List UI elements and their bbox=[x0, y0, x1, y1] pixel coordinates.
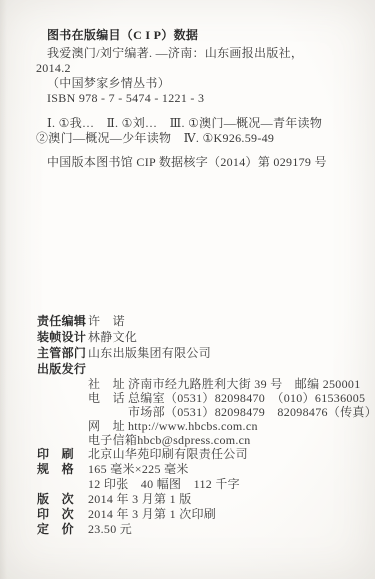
row-value: 12 印张 40 幅图 112 千字 bbox=[88, 477, 240, 492]
cip-year-line: 2014.2 bbox=[0, 61, 375, 76]
row-value: 23.50 元 bbox=[88, 522, 132, 537]
cip-record-number-line: 中国版本图书馆 CIP 数据核字（2014）第 029179 号 bbox=[0, 155, 375, 170]
row-value: hbcb@sdpress.com.cn bbox=[137, 433, 250, 447]
cip-isbn-line: ISBN 978 - 7 - 5474 - 1221 - 3 bbox=[0, 91, 375, 106]
cip-section: 图书在版编目（C I P）数据 我爱澳门/刘宁编著. —济南：山东画报出版社， … bbox=[0, 0, 375, 170]
row-label: 电 话 bbox=[88, 391, 128, 405]
row-value: 济南市经九路胜利大街 39 号 邮编 250001 bbox=[128, 377, 361, 391]
printing-info-section: 印 刷 北京山华苑印刷有限责任公司 规 格 165 毫米×225 毫米 12 印… bbox=[0, 447, 375, 537]
row-label: 电子信箱 bbox=[88, 433, 137, 447]
pub-row-website: 网 址 http://www.hbcbs.com.cn bbox=[0, 419, 375, 433]
cip-heading: 图书在版编目（C I P）数据 bbox=[0, 28, 375, 43]
row-value: 165 毫米×225 毫米 bbox=[88, 462, 189, 477]
row-label: 网 址 bbox=[88, 419, 128, 433]
print-row-printer: 印 刷 北京山华苑印刷有限责任公司 bbox=[0, 447, 375, 462]
row-label: 社 址 bbox=[88, 377, 128, 391]
pub-row-phone-1: 电 话 总编室（0531）82098470 （010）61536005 bbox=[0, 391, 375, 405]
pub-row-address: 社 址 济南市经九路胜利大街 39 号 邮编 250001 bbox=[0, 377, 375, 391]
pub-row-email: 电子信箱 hbcb@sdpress.com.cn bbox=[0, 433, 375, 447]
book-copyright-page: 图书在版编目（C I P）数据 我爱澳门/刘宁编著. —济南：山东画报出版社， … bbox=[0, 0, 375, 579]
row-value: http://www.hbcbs.com.cn bbox=[128, 419, 258, 433]
row-value: 2014 年 3 月第 1 次印刷 bbox=[88, 507, 216, 522]
row-value: 山东出版集团有限公司 bbox=[88, 345, 211, 361]
row-value: 许 诺 bbox=[88, 313, 125, 329]
row-label: 印 刷 bbox=[37, 447, 85, 462]
row-label: 规 格 bbox=[37, 462, 85, 477]
cip-title-line: 我爱澳门/刘宁编著. —济南：山东画报出版社， bbox=[0, 46, 375, 61]
staff-row-supervisor: 主管部门 山东出版集团有限公司 bbox=[0, 345, 375, 361]
print-row-sheets: 12 印张 40 幅图 112 千字 bbox=[0, 477, 375, 492]
publisher-contact-section: 社 址 济南市经九路胜利大街 39 号 邮编 250001 电 话 总编室（05… bbox=[0, 377, 375, 447]
row-label: 印 次 bbox=[37, 507, 85, 522]
print-row-edition: 版 次 2014 年 3 月第 1 版 bbox=[0, 492, 375, 507]
staff-row-editor: 责任编辑 许 诺 bbox=[0, 313, 375, 329]
row-value: 北京山华苑印刷有限责任公司 bbox=[88, 447, 248, 462]
cip-classification-line-2: ②澳门—概况—少年读物 Ⅳ. ①K926.59-49 bbox=[0, 131, 375, 146]
row-value: 林静文化 bbox=[88, 329, 137, 345]
print-row-format: 规 格 165 毫米×225 毫米 bbox=[0, 462, 375, 477]
row-label: 责任编辑 bbox=[37, 313, 85, 329]
row-value: 市场部（0531）82098479 82098476（传真） bbox=[128, 405, 375, 419]
print-row-impression: 印 次 2014 年 3 月第 1 次印刷 bbox=[0, 507, 375, 522]
row-label: 主管部门 bbox=[37, 345, 85, 361]
row-label: 出版发行 bbox=[37, 361, 85, 377]
staff-row-design: 装帧设计 林静文化 bbox=[0, 329, 375, 345]
row-label: 装帧设计 bbox=[37, 329, 85, 345]
row-label: 定 价 bbox=[37, 522, 85, 537]
row-value: 总编室（0531）82098470 （010）61536005 bbox=[128, 391, 365, 405]
cip-classification-line-1: Ⅰ. ①我… Ⅱ. ①刘… Ⅲ. ①澳门—概况—青年读物 bbox=[0, 116, 375, 131]
row-label: 版 次 bbox=[37, 492, 85, 507]
cip-series-line: （中国梦家乡情丛书） bbox=[0, 76, 375, 91]
pub-row-phone-2: 市场部（0531）82098479 82098476（传真） bbox=[0, 405, 375, 419]
staff-row-publisher: 出版发行 bbox=[0, 361, 375, 377]
row-value: 2014 年 3 月第 1 版 bbox=[88, 492, 192, 507]
staff-section: 责任编辑 许 诺 装帧设计 林静文化 主管部门 山东出版集团有限公司 出版发行 bbox=[0, 313, 375, 377]
print-row-price: 定 价 23.50 元 bbox=[0, 522, 375, 537]
